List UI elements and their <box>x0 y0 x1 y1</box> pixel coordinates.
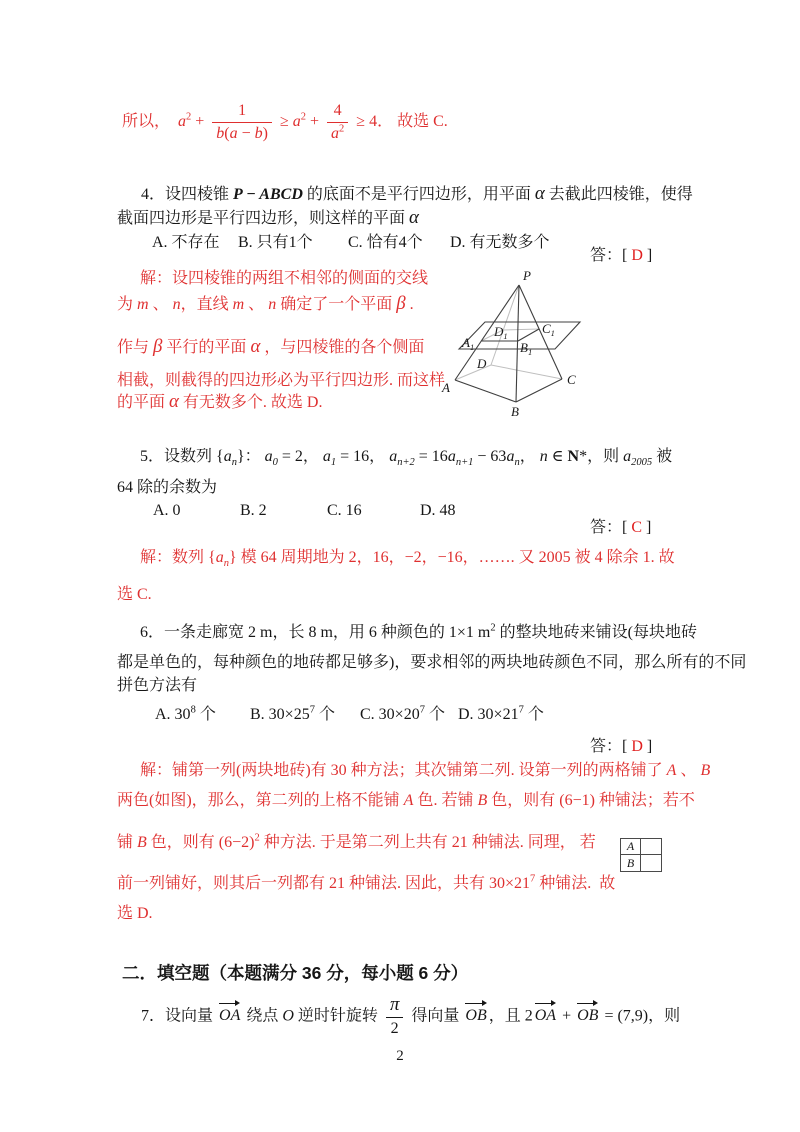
math-token: 解：设四棱锥的两组不相邻的侧面的交线 <box>140 270 428 287</box>
math-token: a <box>265 448 273 465</box>
q4-statement-line2: 截面四边形是平行四边形，则这样的平面 α <box>117 208 419 229</box>
q4-solution-line3: 作与 β 平行的平面 α ，与四棱锥的各个侧面 <box>117 337 424 358</box>
math-token: n+1 <box>456 457 474 468</box>
q4-option-c: C. 恰有4个 <box>348 232 423 253</box>
math-token: = 2， <box>278 448 323 465</box>
math-token: ≥ 4． <box>352 113 397 130</box>
q4-statement-line1: 4．设四棱锥 P − ABCD 的底面不是平行四边形，用平面 α 去截此四棱锥，… <box>141 184 693 205</box>
math-token: + <box>306 113 323 130</box>
math-token: a <box>230 125 238 142</box>
math-token: 两色(如图)，那么，第二列的上格不能铺 <box>117 792 404 809</box>
math-token: A. 30 <box>155 706 191 723</box>
math-token: α <box>169 391 179 412</box>
math-token: ， <box>520 448 540 465</box>
math-token: D. 30×21 <box>458 706 519 723</box>
q4-solution-line4: 相截，则截得的四边形必为平行四边形. 而这样 <box>117 370 445 391</box>
math-token: 被 <box>652 448 672 465</box>
q5-option-a: A. 0 <box>153 500 181 521</box>
math-token: 个 <box>425 706 445 723</box>
math-token: OB <box>577 1003 598 1026</box>
math-token: 色，则有 (6−1) 种铺法；若不 <box>487 792 695 809</box>
math-token: ≥ <box>276 113 293 130</box>
math-token: 所以， <box>122 113 178 130</box>
math-token: 1 <box>212 101 272 122</box>
math-token: 拼色方法有 <box>117 677 197 694</box>
q6-answer-letter: D <box>631 738 643 755</box>
math-token: 6．一条走廊宽 2 m，长 8 m，用 6 种颜色的 1×1 m <box>140 624 490 641</box>
q4-solution-line2: 为 m 、 n，直线 m 、 n 确定了一个平面 β . <box>117 294 414 315</box>
math-token: = 16 <box>415 448 448 465</box>
q4-solution-line5: 的平面 α 有无数多个. 故选 D. <box>117 392 322 413</box>
math-token: 前一列铺好，则其后一列都有 21 种铺法. 因此，共有 30×21 <box>117 875 530 892</box>
q5-solution-line1: 解：数列 {an} 模 64 周期地为 2，16，−2，−16，……. 又 20… <box>140 547 675 568</box>
math-token: 个 <box>315 706 335 723</box>
math-token: β <box>396 293 405 314</box>
math-token: 故选 C. <box>397 113 448 130</box>
math-token: B <box>700 762 710 779</box>
math-token: A <box>667 762 677 779</box>
math-token: a <box>389 448 397 465</box>
math-token: 种铺法. 故 <box>535 875 615 892</box>
vertex-label-D: D <box>476 356 487 371</box>
edge-P-B <box>516 285 519 402</box>
q6-solution-line1: 解：铺第一列(两块地砖)有 30 种方法；其次铺第二列. 设第一列的两格铺了 A… <box>140 760 710 781</box>
edge-B-C <box>516 379 562 402</box>
section2-heading: 二．填空题（本题满分 36 分，每小题 6 分） <box>122 963 468 984</box>
math-token: 逆时针旋转 <box>294 1007 382 1024</box>
math-token: 、 <box>676 762 700 779</box>
intro-conclusion-formula: 所以， a2 + 1b(a − b) ≥ a2 + 4a2 ≥ 4． 故选 C. <box>122 101 448 143</box>
vertex-label-P: P <box>522 268 531 283</box>
math-token: 5．设数列 { <box>140 448 224 465</box>
math-token: 相截，则截得的四边形必为平行四边形. 而这样 <box>117 372 445 389</box>
math-token: 平行的平面 <box>162 339 250 356</box>
math-token: B. 30×25 <box>250 706 310 723</box>
math-token: = 16， <box>336 448 389 465</box>
math-token: α <box>250 336 260 357</box>
math-token: n+2 <box>397 457 415 468</box>
math-token: 4a2 <box>327 101 348 143</box>
q5-option-b: B. 2 <box>240 500 267 521</box>
math-token: 个 <box>524 706 544 723</box>
tile-cell-b: B <box>621 855 641 871</box>
math-token: − 63 <box>473 448 506 465</box>
math-token: a <box>448 448 456 465</box>
vertex-label-D1: D1 <box>493 324 508 341</box>
math-token: P − ABCD <box>233 186 303 203</box>
math-token: 64 除的余数为 <box>117 479 217 496</box>
q4-option-d: D. 有无数多个 <box>450 232 550 253</box>
math-token: π <box>386 995 403 1017</box>
q6-solution-line3: 铺 B 色，则有 (6−2)2 种方法. 于是第二列上共有 21 种铺法. 同理… <box>117 832 596 853</box>
math-token: − <box>238 125 255 142</box>
q5-option-c: C. 16 <box>327 500 362 521</box>
q5-answer: 答：[ C ] <box>590 517 651 538</box>
q6-statement-line2: 都是单色的，每种颜色的地砖都足够多)，要求相邻的两块地砖颜色不同，那么所有的不同 <box>117 652 746 673</box>
math-token: 4 <box>327 101 348 122</box>
math-token: 有无数多个. 故选 D. <box>179 394 323 411</box>
math-token: C. 30×20 <box>360 706 420 723</box>
math-token: 1b(a − b) <box>212 101 272 143</box>
math-token: 为 <box>117 296 137 313</box>
math-token: 2 <box>386 1017 403 1039</box>
math-token: 截面四边形是平行四边形，则这样的平面 <box>117 210 409 227</box>
math-token: OA <box>535 1003 556 1026</box>
q5-answer-letter: C <box>631 519 642 536</box>
document-page: 所以， a2 + 1b(a − b) ≥ a2 + 4a2 ≥ 4． 故选 C.… <box>0 0 800 1132</box>
vertex-label-A: A <box>441 380 450 395</box>
math-token: = (7,9)，则 <box>600 1007 680 1024</box>
q7-statement-line1: 7．设向量 OA 绕点 O 逆时针旋转 π2 得向量 OB，且 2OA + OB… <box>141 995 680 1038</box>
math-token: b(a − b) <box>212 122 272 144</box>
q5-statement-line1: 5．设数列 {an}： a0 = 2， a1 = 16， an+2 = 16an… <box>140 446 672 467</box>
math-token: + <box>558 1007 575 1024</box>
math-token: n <box>540 448 548 465</box>
edge-A-B <box>455 380 516 402</box>
math-token: 2 <box>391 1020 399 1037</box>
q5-answer-prefix: 答：[ <box>590 519 631 536</box>
math-token: 个 <box>196 706 216 723</box>
math-token: 的平面 <box>117 394 169 411</box>
math-token: ，且 2 <box>489 1007 533 1024</box>
q6-statement-line3: 拼色方法有 <box>117 675 197 696</box>
pyramid-cut-figure: P A B C D A1 B1 C1 D1 <box>440 262 715 430</box>
math-token: a2 <box>327 122 348 144</box>
q5-answer-suffix: ] <box>642 519 651 536</box>
tile-cell-bottom-right <box>641 855 661 871</box>
q6-answer: 答：[ D ] <box>590 736 652 757</box>
math-token: β <box>153 336 162 357</box>
math-token: 4．设四棱锥 <box>141 186 233 203</box>
math-token: 确定了一个平面 <box>276 296 396 313</box>
math-token: b <box>255 125 263 142</box>
edge-P-C <box>519 285 562 379</box>
math-token: n <box>173 296 181 313</box>
math-token: A <box>404 792 414 809</box>
math-token: 、 <box>244 296 268 313</box>
math-token: *，则 <box>579 448 623 465</box>
math-token: α <box>535 183 545 204</box>
q5-option-d: D. 48 <box>420 500 456 521</box>
math-token: B <box>137 834 147 851</box>
math-token: a <box>178 113 186 130</box>
math-token: B <box>477 792 487 809</box>
math-token: 解：铺第一列(两块地砖)有 30 种方法；其次铺第二列. 设第一列的两格铺了 <box>140 762 667 779</box>
math-token: a <box>224 448 232 465</box>
math-token: 色，则有 (6−2) <box>147 834 255 851</box>
edge-P-A <box>455 285 519 380</box>
q4-option-a: A. 不存在 <box>152 232 220 253</box>
math-token: a <box>331 125 339 142</box>
tile-grid-figure: A B <box>620 838 662 872</box>
math-token: 都是单色的，每种颜色的地砖都足够多)，要求相邻的两块地砖颜色不同，那么所有的不同 <box>117 654 746 671</box>
math-token: ，直线 <box>181 296 233 313</box>
tile-cell-top-right <box>641 839 661 855</box>
math-token: m <box>233 296 245 313</box>
math-token: 绕点 <box>242 1007 282 1024</box>
math-token: + <box>191 113 208 130</box>
vertex-label-B1: B1 <box>520 340 532 357</box>
vertex-label-C1: C1 <box>542 321 555 338</box>
q4-option-b: B. 只有1个 <box>238 232 313 253</box>
math-token: m <box>137 296 149 313</box>
q6-option-d: D. 30×217 个 <box>458 704 544 725</box>
math-token: 、 <box>149 296 173 313</box>
q5-solution-line2: 选 C. <box>117 584 152 605</box>
math-token: N <box>568 448 580 465</box>
math-token: 得向量 <box>407 1007 463 1024</box>
math-token: 的整块地砖来铺设(每块地砖 <box>496 624 697 641</box>
math-token: O <box>282 1007 294 1024</box>
edge-D-C <box>491 365 562 379</box>
q6-option-c: C. 30×207 个 <box>360 704 445 725</box>
math-token: . <box>406 296 414 313</box>
math-token: OA <box>219 1003 240 1026</box>
q6-statement-line1: 6．一条走廊宽 2 m，长 8 m，用 6 种颜色的 1×1 m2 的整块地砖来… <box>140 622 697 643</box>
math-token: 4 <box>334 102 342 119</box>
q6-option-a: A. 308 个 <box>155 704 216 725</box>
q6-answer-suffix: ] <box>643 738 652 755</box>
q4-solution-line1: 解：设四棱锥的两组不相邻的侧面的交线 <box>140 268 428 289</box>
math-token: a <box>623 448 631 465</box>
vertex-label-A1: A1 <box>461 335 474 352</box>
math-token: α <box>409 207 419 228</box>
math-token: } 模 64 周期地为 2，16，−2，−16，……. 又 2005 被 4 除… <box>229 549 675 566</box>
vertex-label-C: C <box>567 372 576 387</box>
math-token: 1 <box>238 102 246 119</box>
math-token: 选 D. <box>117 905 153 922</box>
q6-answer-prefix: 答：[ <box>590 738 631 755</box>
math-token: a <box>323 448 331 465</box>
math-token: 7．设向量 <box>141 1007 217 1024</box>
math-token: 作与 <box>117 339 153 356</box>
page-number: 2 <box>0 1048 800 1065</box>
q6-solution-line4: 前一列铺好，则其后一列都有 21 种铺法. 因此，共有 30×217 种铺法. … <box>117 873 615 894</box>
math-token: 解：数列 { <box>140 549 216 566</box>
math-token: 2005 <box>631 457 652 468</box>
math-token: OB <box>465 1003 486 1026</box>
math-token: a <box>293 113 301 130</box>
math-token: π <box>390 994 399 1015</box>
math-token: 种方法. 于是第二列上共有 21 种铺法. 同理， 若 <box>260 834 596 851</box>
math-token: ，与四棱锥的各个侧面 <box>260 339 424 356</box>
math-token: n <box>268 296 276 313</box>
math-token: ∈ <box>548 448 568 465</box>
math-token: π2 <box>386 995 403 1038</box>
edge-D1-C1 <box>503 329 539 330</box>
q6-solution-line5: 选 D. <box>117 903 153 924</box>
q6-option-b: B. 30×257 个 <box>250 704 335 725</box>
vertex-label-B: B <box>511 404 519 419</box>
math-token: ) <box>263 125 268 142</box>
math-token: 去截此四棱锥，使得 <box>545 186 693 203</box>
math-token: 选 C. <box>117 586 152 603</box>
q5-statement-line2: 64 除的余数为 <box>117 477 217 498</box>
math-token: 铺 <box>117 834 137 851</box>
tile-cell-a: A <box>621 839 641 855</box>
math-token: 色. 若铺 <box>413 792 477 809</box>
math-token: 的底面不是平行四边形，用平面 <box>303 186 535 203</box>
q6-solution-line2: 两色(如图)，那么，第二列的上格不能铺 A 色. 若铺 B 色，则有 (6−1)… <box>117 790 695 811</box>
math-token: }： <box>237 448 265 465</box>
math-token: a <box>216 549 224 566</box>
math-token: 2 <box>339 123 344 134</box>
